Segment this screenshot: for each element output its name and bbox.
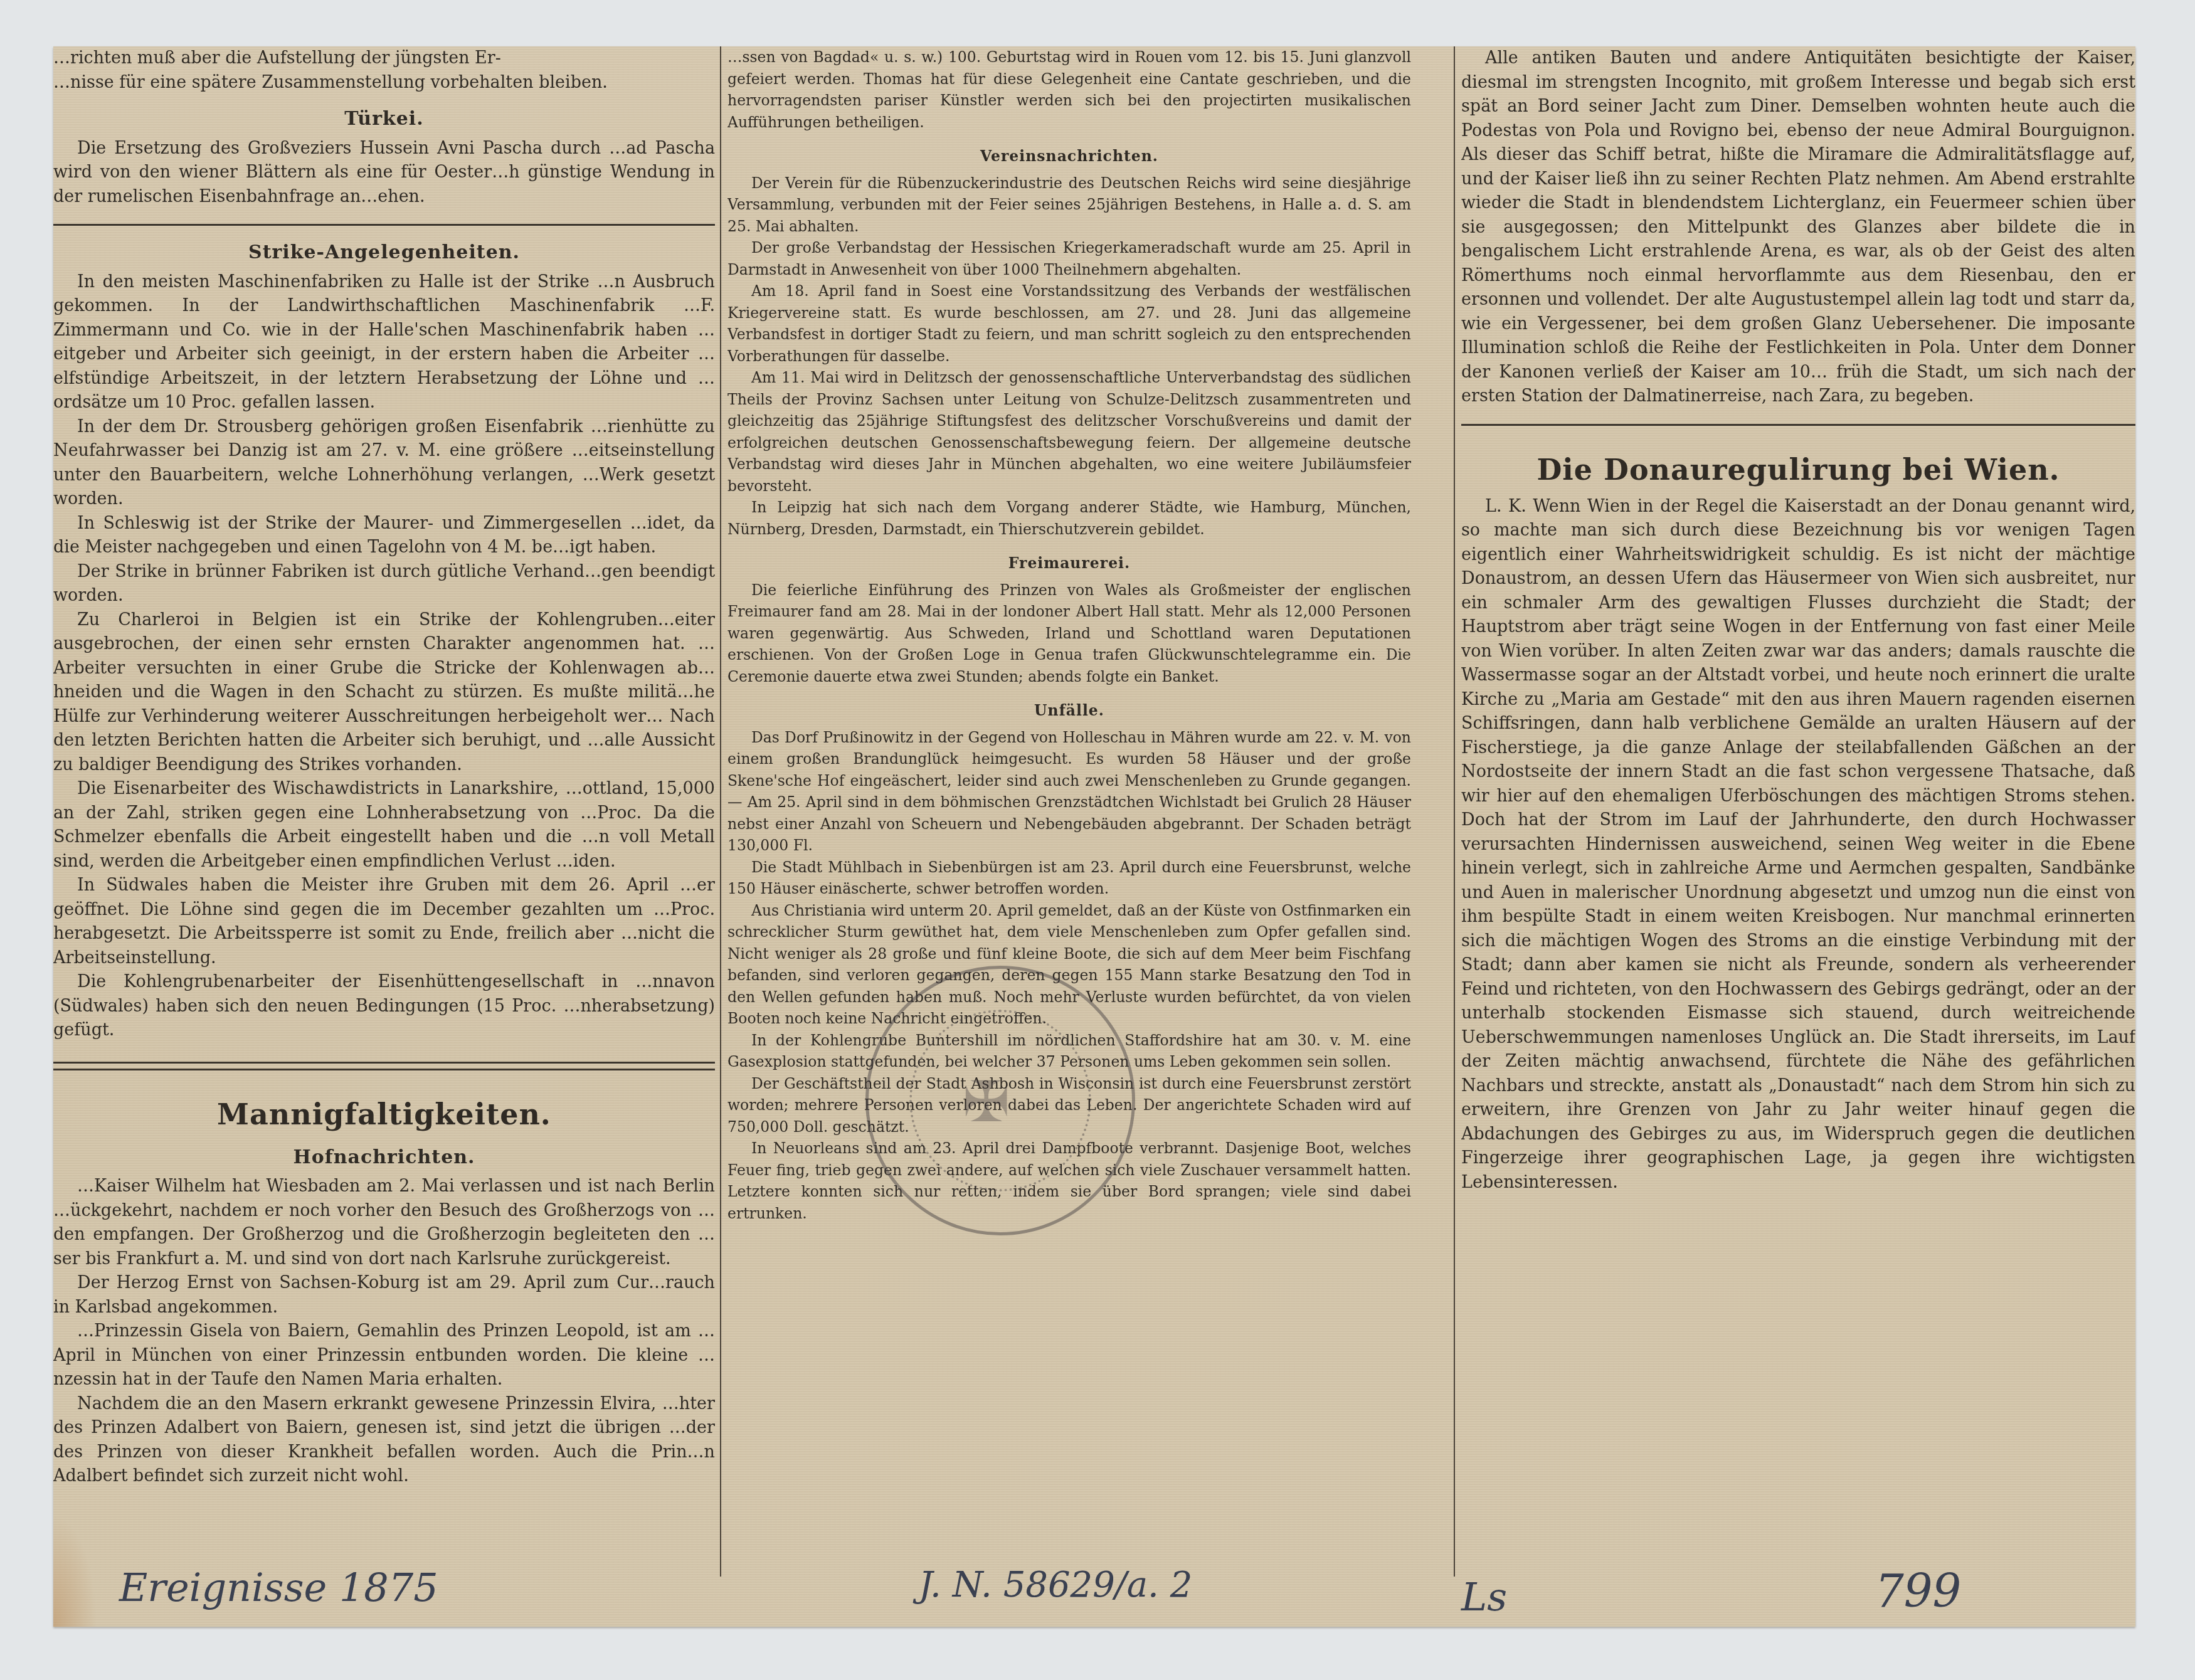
handwritten-page-number: 799	[1875, 1565, 1961, 1617]
paragraph-verein-2: Der große Verbandstag der Hessischen Kri…	[727, 237, 1411, 280]
section-divider	[53, 224, 715, 226]
handwritten-archive-number: J. N. 58629/a. 2	[919, 1565, 1192, 1605]
paragraph-donau-text: Wenn Wien in der Regel die Kaiserstadt a…	[1461, 497, 2135, 1192]
paragraph-freimaurerei: Die feierliche Einführung des Prinzen vo…	[727, 579, 1411, 688]
paragraph-strike-8: Die Kohlengrubenarbeiter der Eisenhütten…	[53, 970, 715, 1043]
paragraph-verein-3: Am 18. April fand in Soest eine Vorstand…	[727, 280, 1411, 367]
paragraph-hof-3: …Prinzessin Gisela von Baiern, Gemahlin …	[53, 1319, 715, 1392]
paragraph-strike-1: In den meisten Maschinenfabriken zu Hall…	[53, 270, 715, 415]
paragraph-strike-7: In Südwales haben die Meister ihre Grube…	[53, 874, 715, 970]
paragraph-donau: L. K. Wenn Wien in der Regel die Kaisers…	[1461, 495, 2135, 1195]
middle-top-fragment: …ssen von Bagdad« u. s. w.) 100. Geburts…	[727, 46, 1411, 133]
section-double-divider	[53, 1062, 715, 1070]
middle-column: …ssen von Bagdad« u. s. w.) 100. Geburts…	[727, 46, 1411, 1577]
paragraph-strike-3: In Schleswig ist der Strike der Maurer- …	[53, 512, 715, 560]
paragraph-tuerkei: Die Ersetzung des Großveziers Hussein Av…	[53, 137, 715, 209]
section-divider-right	[1461, 424, 2135, 426]
newspaper-clipping: …richten muß aber die Aufstellung der jü…	[53, 46, 2135, 1627]
heading-mannigfaltigkeiten: Mannigfaltigkeiten.	[53, 1096, 715, 1133]
paragraph-strike-5: Zu Charleroi in Belgien ist ein Strike d…	[53, 608, 715, 778]
heading-unfaelle: Unfälle.	[727, 700, 1411, 722]
heading-tuerkei: Türkei.	[53, 107, 715, 132]
right-top-fragment: Alle antiken Bauten und andere Antiquitä…	[1461, 46, 2135, 409]
paragraph-verein-4: Am 11. Mai wird in Delitzsch der genosse…	[727, 367, 1411, 497]
paragraph-hof-1: …Kaiser Wilhelm hat Wiesbaden am 2. Mai …	[53, 1175, 715, 1271]
subheading-hofnachrichten: Hofnachrichten.	[53, 1146, 715, 1170]
heading-donauregulirung: Die Donauregulirung bei Wien.	[1461, 451, 2135, 489]
paragraph-unfaelle-1: Das Dorf Prußinowitz in der Gegend von H…	[727, 727, 1411, 857]
heading-vereinsnachrichten: Vereinsnachrichten.	[727, 145, 1411, 167]
column-rule-left	[720, 46, 721, 1577]
heading-freimaurerei: Freimaurerei.	[727, 552, 1411, 574]
left-column: …richten muß aber die Aufstellung der jü…	[53, 46, 715, 1577]
paragraph-strike-2: In der dem Dr. Strousberg gehörigen groß…	[53, 415, 715, 512]
paragraph-unfaelle-2: Die Stadt Mühlbach in Siebenbürgen ist a…	[727, 857, 1411, 900]
paragraph-verein-5: In Leipzig hat sich nach dem Vorgang and…	[727, 497, 1411, 540]
heading-strike: Strike-Angelegenheiten.	[53, 241, 715, 265]
paragraph-hof-4: Nachdem die an den Masern erkrankt gewes…	[53, 1392, 715, 1489]
archive-stamp: ✠	[865, 966, 1135, 1235]
top-fragment-line-2: …nisse für eine spätere Zusammenstellung…	[53, 71, 715, 95]
column-rule-right	[1454, 46, 1455, 1577]
handwritten-ereignisse-1875: Ereignisse 1875	[119, 1565, 438, 1610]
right-column: Alle antiken Bauten und andere Antiquitä…	[1461, 46, 2135, 1577]
top-fragment-line-1: …richten muß aber die Aufstellung der jü…	[53, 46, 715, 71]
paragraph-verein-1: Der Verein für die Rübenzuckerindustrie …	[727, 172, 1411, 238]
paragraph-hof-2: Der Herzog Ernst von Sachsen-Koburg ist …	[53, 1271, 715, 1319]
paragraph-strike-6: Die Eisenarbeiter des Wischawdistricts i…	[53, 777, 715, 874]
byline: L. K.	[1485, 497, 1526, 516]
eagle-emblem-icon: ✠	[963, 1069, 1010, 1135]
paragraph-strike-4: Der Strike in brünner Fabriken ist durch…	[53, 560, 715, 608]
handwritten-initials: Ls	[1461, 1574, 1507, 1620]
